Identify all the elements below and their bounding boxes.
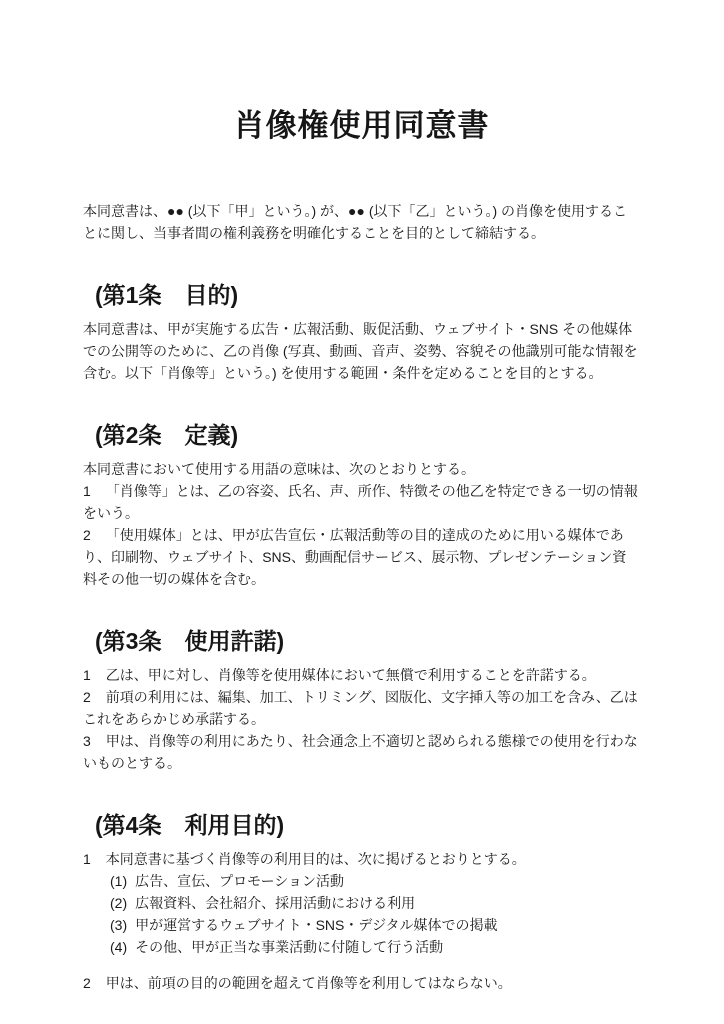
subitem-text: 広報資料、会社紹介、採用活動における利用 xyxy=(135,895,415,911)
subitem-text: 甲が運営するウェブサイト・SNS・デジタル媒体での掲載 xyxy=(135,917,497,933)
article-3-heading: (第3条 使用許諾) xyxy=(95,626,640,656)
item-number: 3 xyxy=(83,730,91,752)
article-2-section: (第2条 定義) 本同意書において使用する用語の意味は、次のとおりとする。 1「… xyxy=(83,420,640,590)
item-number: 2 xyxy=(83,972,91,994)
subitem-number: (4) xyxy=(110,936,127,958)
article-2-lead: 本同意書において使用する用語の意味は、次のとおりとする。 xyxy=(83,458,640,480)
article-4-item-1: 1本同意書に基づく肖像等の利用目的は、次に掲げるとおりとする。 xyxy=(83,848,640,870)
article-4-heading: (第4条 利用目的) xyxy=(95,810,640,840)
document-page: 肖像権使用同意書 本同意書は、●● (以下「甲」という。) が、●● (以下「乙… xyxy=(0,0,724,1024)
article-4-subitem-3: (3)甲が運営するウェブサイト・SNS・デジタル媒体での掲載 xyxy=(110,914,640,936)
article-3-item-3: 3甲は、肖像等の利用にあたり、社会通念上不適切と認められる態様での使用を行わない… xyxy=(83,730,640,774)
subitem-text: その他、甲が正当な事業活動に付随して行う活動 xyxy=(135,939,443,955)
article-4-subitem-1: (1)広告、宣伝、プロモーション活動 xyxy=(110,870,640,892)
article-4-section: (第4条 利用目的) 1本同意書に基づく肖像等の利用目的は、次に掲げるとおりとす… xyxy=(83,810,640,994)
item-number: 1 xyxy=(83,664,91,686)
article-2-item-2: 2「使用媒体」とは、甲が広告宣伝・広報活動等の目的達成のために用いる媒体であり、… xyxy=(83,524,640,590)
article-2-heading: (第2条 定義) xyxy=(95,420,640,450)
item-text: 前項の利用には、編集、加工、トリミング、図版化、文字挿入等の加工を含み、乙はこれ… xyxy=(83,689,638,727)
intro-paragraph: 本同意書は、●● (以下「甲」という。) が、●● (以下「乙」という。) の肖… xyxy=(83,200,640,244)
item-text: 乙は、甲に対し、肖像等を使用媒体において無償で利用することを許諾する。 xyxy=(106,667,596,683)
item-text: 本同意書に基づく肖像等の利用目的は、次に掲げるとおりとする。 xyxy=(106,851,526,867)
article-4-subitem-4: (4)その他、甲が正当な事業活動に付随して行う活動 xyxy=(110,936,640,958)
item-text: 「肖像等」とは、乙の容姿、氏名、声、所作、特徴その他乙を特定できる一切の情報をい… xyxy=(83,483,638,521)
item-number: 1 xyxy=(83,480,91,502)
item-number: 2 xyxy=(83,524,91,546)
article-1-body: 本同意書は、甲が実施する広告・広報活動、販促活動、ウェブサイト・SNS その他媒… xyxy=(83,318,640,384)
article-4-subitem-2: (2)広報資料、会社紹介、採用活動における利用 xyxy=(110,892,640,914)
article-3-item-1: 1乙は、甲に対し、肖像等を使用媒体において無償で利用することを許諾する。 xyxy=(83,664,640,686)
article-3-section: (第3条 使用許諾) 1乙は、甲に対し、肖像等を使用媒体において無償で利用するこ… xyxy=(83,626,640,774)
article-1-heading: (第1条 目的) xyxy=(95,280,640,310)
item-text: 甲は、前項の目的の範囲を超えて肖像等を利用してはならない。 xyxy=(106,975,512,991)
article-3-item-2: 2前項の利用には、編集、加工、トリミング、図版化、文字挿入等の加工を含み、乙はこ… xyxy=(83,686,640,730)
item-text: 甲は、肖像等の利用にあたり、社会通念上不適切と認められる態様での使用を行わないも… xyxy=(83,733,638,771)
document-title: 肖像権使用同意書 xyxy=(83,106,640,146)
article-1-section: (第1条 目的) 本同意書は、甲が実施する広告・広報活動、販促活動、ウェブサイト… xyxy=(83,280,640,384)
article-2-item-1: 1「肖像等」とは、乙の容姿、氏名、声、所作、特徴その他乙を特定できる一切の情報を… xyxy=(83,480,640,524)
item-number: 1 xyxy=(83,848,91,870)
subitem-number: (1) xyxy=(110,870,127,892)
article-4-item-2: 2甲は、前項の目的の範囲を超えて肖像等を利用してはならない。 xyxy=(83,972,640,994)
item-number: 2 xyxy=(83,686,91,708)
subitem-number: (2) xyxy=(110,892,127,914)
item-text: 「使用媒体」とは、甲が広告宣伝・広報活動等の目的達成のために用いる媒体であり、印… xyxy=(83,527,626,587)
subitem-text: 広告、宣伝、プロモーション活動 xyxy=(135,873,344,889)
subitem-number: (3) xyxy=(110,914,127,936)
